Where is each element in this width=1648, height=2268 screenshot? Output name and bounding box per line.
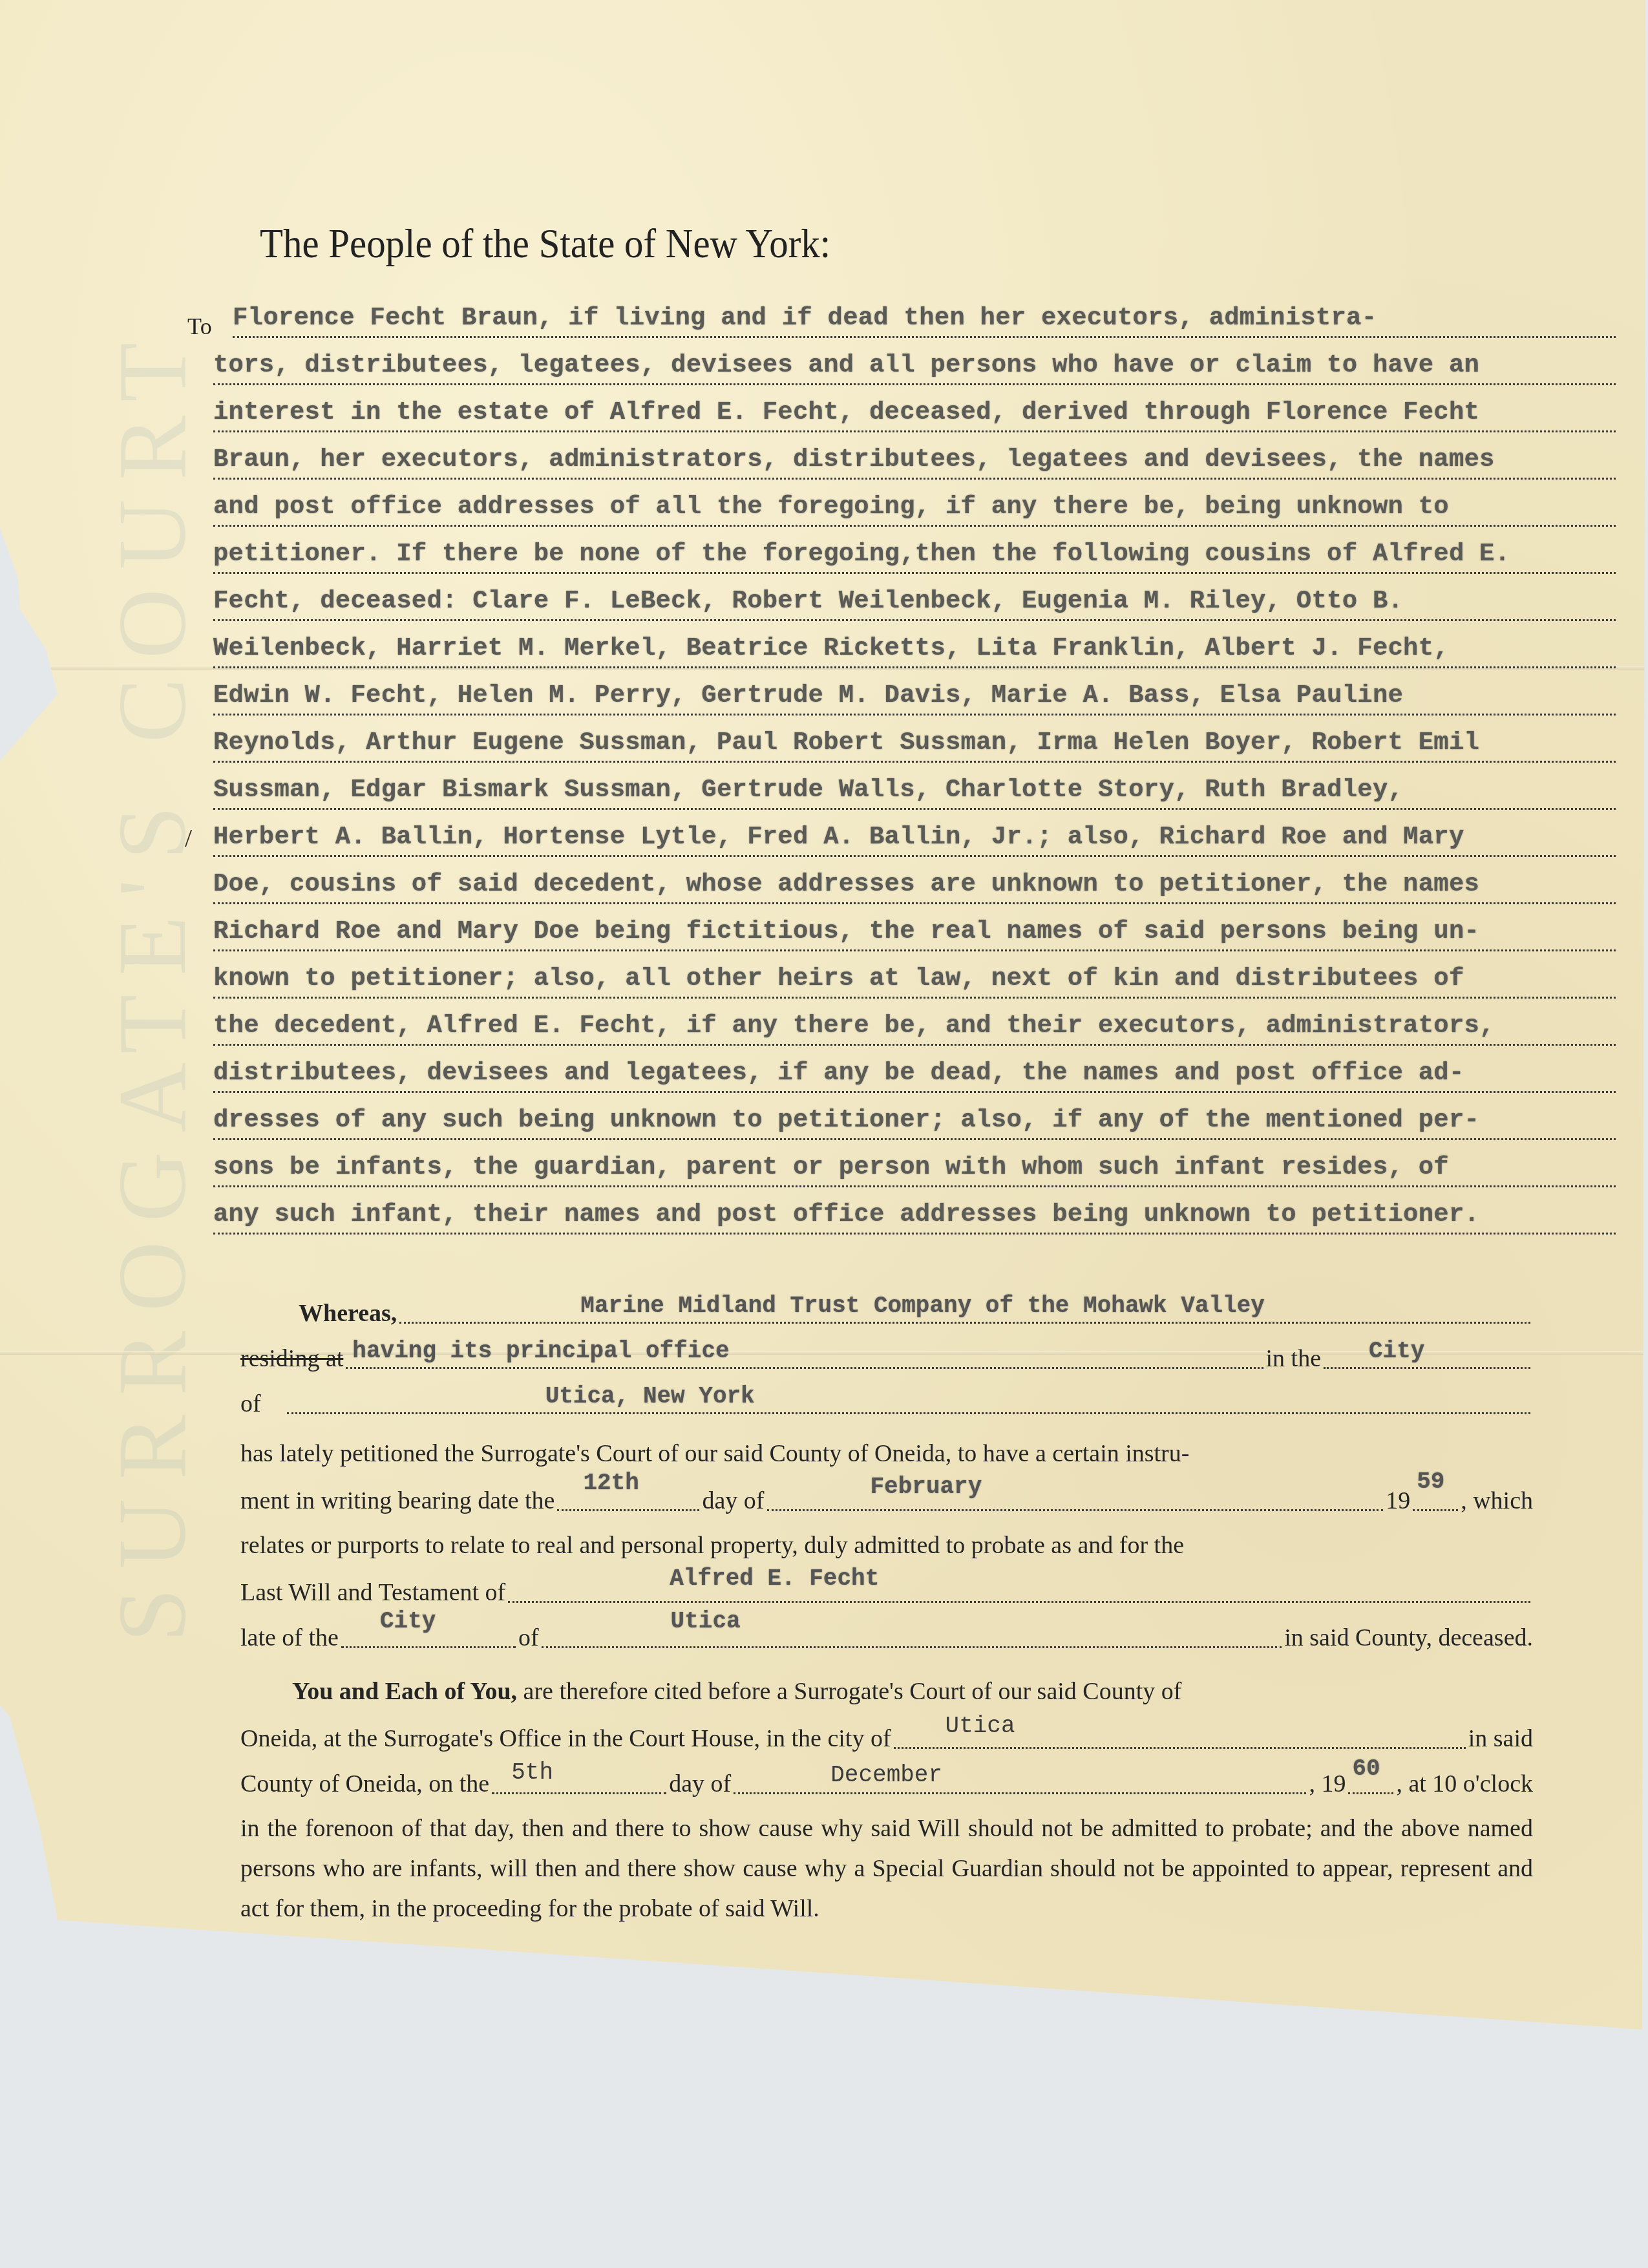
whereas-label: Whereas, xyxy=(240,1299,397,1331)
citation-day-field: 5th xyxy=(492,1756,666,1794)
citation-form: Whereas, Marine Midland Trust Company of… xyxy=(240,1286,1533,1929)
addressee-line: distributees, devisees and legatees, if … xyxy=(213,1059,1616,1106)
addressee-line: Weilenbeck, Harriet M. Merkel, Beatrice … xyxy=(213,634,1616,681)
residing-field: having its principal office xyxy=(346,1331,1263,1369)
citation-lead: You and Each of You, are therefore cited… xyxy=(240,1671,1533,1712)
of-city-field: Utica, New York xyxy=(287,1376,1530,1414)
citation-city-field: Utica xyxy=(894,1711,1466,1749)
late-of-city-field: Utica xyxy=(542,1610,1282,1648)
will-date-row: ment in writing bearing date the 12th da… xyxy=(240,1474,1533,1519)
late-of-type-field: City xyxy=(341,1610,516,1648)
document-page: SURROGATE'S COURT The People of the Stat… xyxy=(0,0,1645,2030)
in-the-label: in the xyxy=(1266,1344,1321,1377)
addressee-line: / Herbert A. Ballin, Hortense Lytle, Fre… xyxy=(213,823,1616,870)
addressee-line: and post office addresses of all the for… xyxy=(213,493,1616,540)
addressee-line: the decedent, Alfred E. Fecht, if any th… xyxy=(213,1012,1616,1059)
petition-text: has lately petitioned the Surrogate's Co… xyxy=(240,1434,1533,1474)
petition-text: relates or purports to relate to real an… xyxy=(240,1525,1533,1565)
citation-closing: in the forenoon of that day, then and th… xyxy=(240,1808,1533,1929)
addressee-line: To Florence Fecht Braun, if living and i… xyxy=(213,304,1616,351)
to-label: To xyxy=(187,313,212,340)
addressee-line: sons be infants, the guardian, parent or… xyxy=(213,1153,1616,1200)
addressee-line: Doe, cousins of said decedent, whose add… xyxy=(213,870,1616,917)
margin-mark: / xyxy=(185,823,192,853)
residing-row: residing at having its principal office … xyxy=(240,1331,1533,1377)
citation-month-field: December xyxy=(734,1756,1306,1794)
testator-field: Alfred E. Fecht xyxy=(508,1565,1530,1603)
addressee-line: tors, distributees, legatees, devisees a… xyxy=(213,351,1616,398)
addressee-line: Braun, her executors, administrators, di… xyxy=(213,445,1616,493)
addressee-line: dresses of any such being unknown to pet… xyxy=(213,1106,1616,1153)
late-of-row: late of the City of Utica in said County… xyxy=(240,1611,1533,1656)
of-row: of Utica, New York xyxy=(240,1377,1533,1422)
addressee-line: known to petitioner; also, all other hei… xyxy=(213,964,1616,1012)
will-month-field: February xyxy=(767,1473,1384,1511)
addressee-line: interest in the estate of Alfred E. Fech… xyxy=(213,398,1616,445)
citation-place-row: Oneida, at the Surrogate's Office in the… xyxy=(240,1712,1533,1757)
testator-row: Last Will and Testament of Alfred E. Fec… xyxy=(240,1565,1533,1611)
addressee-line: any such infant, their names and post of… xyxy=(213,1200,1616,1247)
citation-date-row: County of Oneida, on the 5th day of Dece… xyxy=(240,1757,1533,1802)
addressee-line: Fecht, deceased: Clare F. LeBeck, Robert… xyxy=(213,587,1616,634)
will-year-field: 59 xyxy=(1413,1473,1458,1511)
municipality-type-field: City xyxy=(1324,1331,1530,1369)
addressee-line: Richard Roe and Mary Doe being fictitiou… xyxy=(213,917,1616,964)
bleed-through-text: SURROGATE'S COURT xyxy=(97,323,208,1642)
whereas-row: Whereas, Marine Midland Trust Company of… xyxy=(240,1286,1533,1331)
petitioner-field: Marine Midland Trust Company of the Moha… xyxy=(399,1286,1530,1324)
citation-year-field: 60 xyxy=(1348,1756,1393,1794)
residing-label: residing at xyxy=(240,1344,343,1377)
addressee-line: Reynolds, Arthur Eugene Sussman, Paul Ro… xyxy=(213,728,1616,776)
addressees-block: To Florence Fecht Braun, if living and i… xyxy=(213,304,1616,1247)
addressee-line: petitioner. If there be none of the fore… xyxy=(213,540,1616,587)
document-title: The People of the State of New York: xyxy=(260,220,830,268)
will-day-field: 12th xyxy=(557,1473,699,1511)
addressee-line: Edwin W. Fecht, Helen M. Perry, Gertrude… xyxy=(213,681,1616,728)
of-label: of xyxy=(240,1390,261,1422)
addressee-line: Sussman, Edgar Bismark Sussman, Gertrude… xyxy=(213,776,1616,823)
